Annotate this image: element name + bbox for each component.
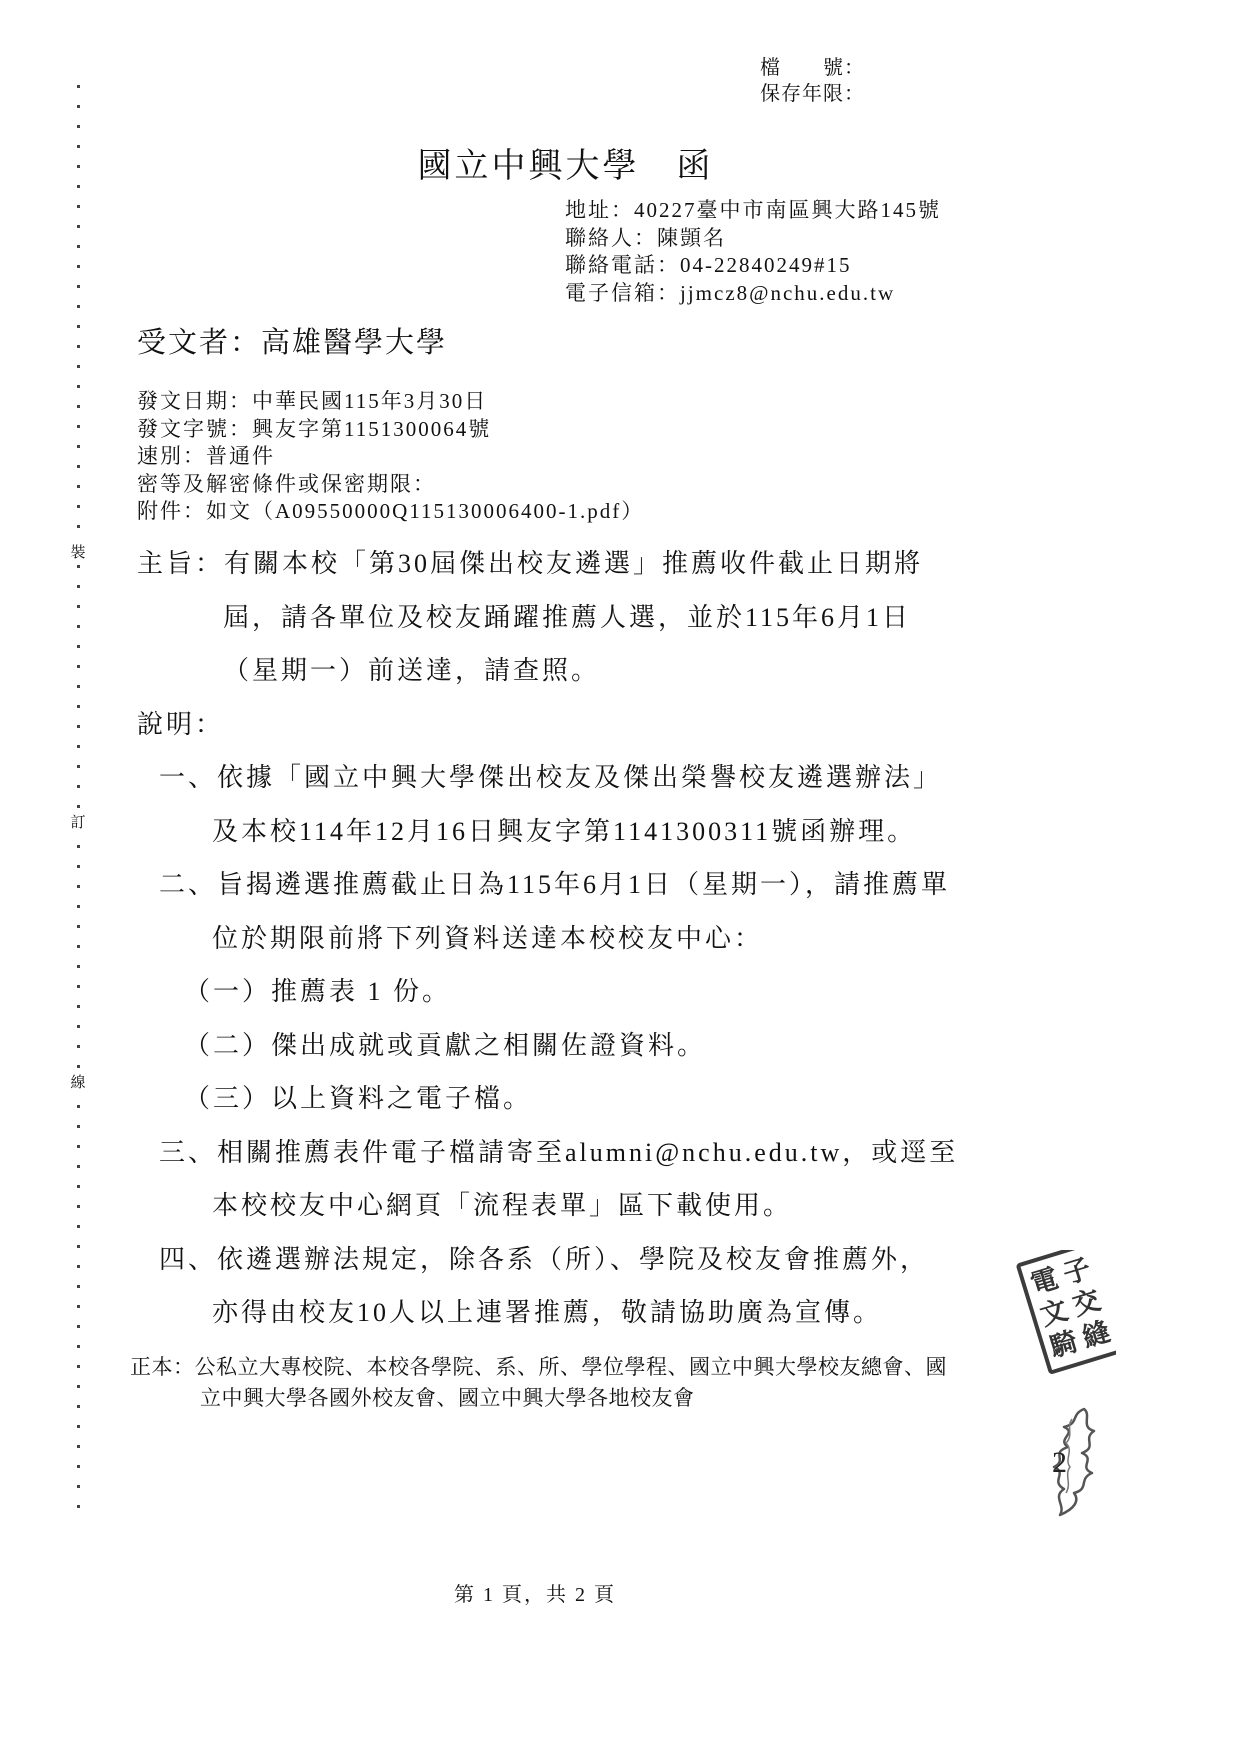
explanation-item-4-cont: 亦得由校友10人以上連署推薦，敬請協助廣為宣傳。	[212, 1286, 1077, 1340]
issue-date: 發文日期：中華民國115年3月30日	[137, 388, 644, 416]
attachment-line: 附件：如文（A09550000Q115130006400-1.pdf）	[137, 498, 644, 526]
sender-address: 地址：40227臺中市南區興大路145號	[565, 197, 941, 225]
explanation-label: 說明：	[137, 698, 1077, 752]
copy-to-line-cont: 立中興大學各國外校友會、國立中興大學各地校友會	[200, 1383, 947, 1414]
electronic-exchange-stamp: 電子 文交 騎縫	[1016, 1250, 1116, 1374]
explanation-subitem-3: （三）以上資料之電子檔。	[184, 1072, 1077, 1126]
subject-line: （星期一）前送達，請查照。	[223, 644, 1077, 698]
page-footer: 第 1 頁，共 2 頁	[380, 1578, 690, 1607]
explanation-subitem-2: （二）傑出成就或貢獻之相關佐證資料。	[184, 1019, 1077, 1073]
binding-dotted-line	[77, 85, 80, 1525]
official-letter-page: 裝 訂 線 檔 號： 保存年限： 國立中興大學 函 地址：40227臺中市南區興…	[0, 0, 1241, 1754]
explanation-item-3: 三、相關推薦表件電子檔請寄至alumni@nchu.edu.tw，或逕至	[159, 1126, 1077, 1180]
sender-contact-person: 聯絡人：陳顗名	[565, 225, 941, 253]
explanation-item-2: 二、旨揭遴選推薦截止日為115年6月1日（星期一），請推薦單	[159, 858, 1077, 912]
subject-line: 主旨：有關本校「第30屆傑出校友遴選」推薦收件截止日期將	[137, 537, 1077, 591]
binding-mark-xian: 線	[66, 1068, 90, 1095]
document-title: 國立中興大學 函	[0, 138, 1241, 187]
corner-page-number: 2	[1052, 1446, 1067, 1480]
explanation-item-1: 一、依據「國立中興大學傑出校友及傑出榮譽校友遴選辦法」	[159, 751, 1077, 805]
retention-period-label: 保存年限：	[760, 81, 865, 107]
file-number-block: 檔 號： 保存年限：	[760, 55, 865, 107]
binding-mark-zhuang: 裝	[66, 538, 90, 565]
copy-to-line: 正本：公私立大專校院、本校各學院、系、所、學位學程、國立中興大學校友總會、國	[130, 1352, 947, 1383]
document-meta-block: 發文日期：中華民國115年3月30日 發文字號：興友字第1151300064號 …	[137, 388, 644, 526]
copy-to-block: 正本：公私立大專校院、本校各學院、系、所、學位學程、國立中興大學校友總會、國 立…	[130, 1352, 947, 1414]
recipient-line: 受文者：高雄醫學大學	[137, 320, 447, 361]
subject-line: 屆，請各單位及校友踊躍推薦人選，並於115年6月1日	[223, 591, 1077, 645]
page-curl-icon	[1022, 1405, 1117, 1520]
explanation-subitem-1: （一）推薦表 1 份。	[184, 965, 1077, 1019]
explanation-item-4: 四、依遴選辦法規定，除各系（所）、學院及校友會推薦外，	[159, 1233, 1077, 1287]
sender-phone: 聯絡電話：04-22840249#15	[565, 252, 941, 280]
sender-email: 電子信箱：jjmcz8@nchu.edu.tw	[565, 280, 941, 308]
explanation-item-1-cont: 及本校114年12月16日興友字第1141300311號函辦理。	[212, 805, 1077, 859]
explanation-item-3-cont: 本校校友中心網頁「流程表單」區下載使用。	[212, 1179, 1077, 1233]
letter-body: 主旨：有關本校「第30屆傑出校友遴選」推薦收件截止日期將 屆，請各單位及校友踊躍…	[137, 537, 1077, 1340]
binding-mark-ding: 訂	[66, 808, 90, 835]
speed-class: 速別：普通件	[137, 443, 644, 471]
electronic-exchange-stamp-clip: 電子 文交 騎縫	[1012, 1250, 1116, 1374]
explanation-item-2-cont: 位於期限前將下列資料送達本校校友中心：	[212, 912, 1077, 966]
sender-info-block: 地址：40227臺中市南區興大路145號 聯絡人：陳顗名 聯絡電話：04-228…	[565, 197, 941, 307]
security-grade: 密等及解密條件或保密期限：	[137, 471, 644, 499]
file-number-label: 檔 號：	[760, 55, 865, 81]
doc-number: 發文字號：興友字第1151300064號	[137, 416, 644, 444]
